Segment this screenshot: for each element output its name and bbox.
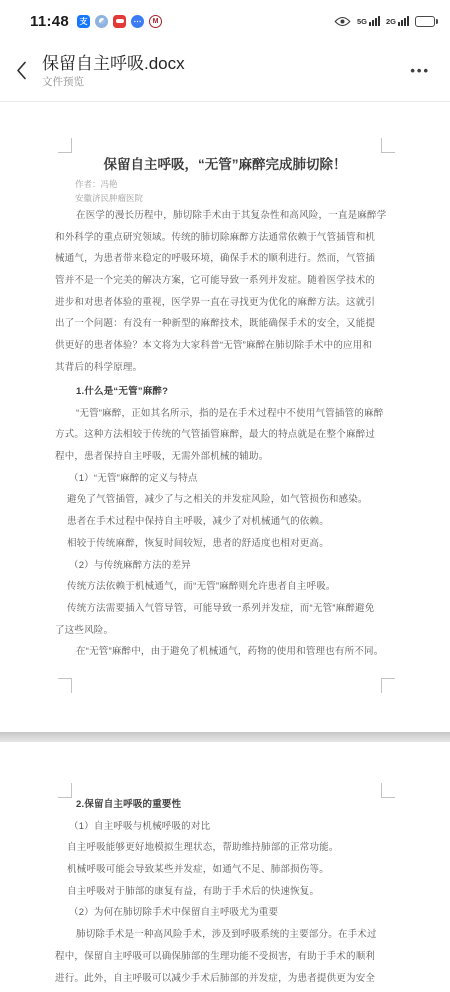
- doc-line: 程中，保留自主呼吸可以确保肺部的生理功能不受损害，有助于手术的顺利: [55, 946, 395, 968]
- doc-line: 2.保留自主呼吸的重要性: [55, 794, 395, 816]
- margin-corner-mark: [381, 783, 395, 798]
- doc-line: 相较于传统麻醉，恢复时间较短，患者的舒适度也相对更高。: [55, 533, 395, 555]
- sim1-signal-bars: [369, 16, 380, 26]
- doc-line: （2）为何在肺切除手术中保留自主呼吸尤为重要: [55, 902, 395, 924]
- more-options-button[interactable]: •••: [390, 56, 450, 86]
- phone-screen: 11:48 支⋯M 5G 2G: [0, 0, 450, 992]
- doc-line: 患者在手术过程中保持自主呼吸，减少了对机械通气的依赖。: [55, 511, 395, 533]
- header-titles: 保留自主呼吸.docx 文件预览: [42, 53, 185, 89]
- margin-corner-mark: [381, 138, 395, 153]
- doc-hospital: 安徽济民肿瘤医院: [55, 191, 395, 205]
- sim1-signal: 5G: [357, 16, 380, 26]
- doc-line: 进步和对患者体验的重视，医学界一直在寻找更为优化的麻醉方法。这就引: [55, 292, 395, 314]
- cmb-bank-icon: M: [149, 15, 162, 28]
- doc-line: 传统方法依赖于机械通气，而“无管”麻醉则允许患者自主呼吸。: [55, 576, 395, 598]
- notification-app-icons: 支⋯M: [77, 15, 162, 28]
- back-button[interactable]: [0, 40, 42, 101]
- doc-line: 供更好的患者体验？本文将为大家科普“无管”麻醉在肺切除手术中的应用和: [55, 335, 395, 357]
- page-1-body: 在医学的漫长历程中，肺切除手术由于其复杂性和高风险，一直是麻醉学和外科学的重点研…: [55, 205, 395, 663]
- app-header: 保留自主呼吸.docx 文件预览 •••: [0, 40, 450, 102]
- doc-line: （1）“无管”麻醉的定义与特点: [55, 468, 395, 490]
- doc-line: 其背后的科学原理。: [55, 357, 395, 379]
- doc-line: 避免了气管插管，减少了与之相关的并发症风险，如气管损伤和感染。: [55, 489, 395, 511]
- margin-corner-mark: [58, 783, 72, 798]
- file-preview-label: 文件预览: [42, 76, 185, 89]
- doc-line: 肺切除手术是一种高风险手术，涉及到呼吸系统的主要部分。在手术过: [55, 924, 395, 946]
- doc-line: 在“无管”麻醉中，由于避免了机械通气，药物的使用和管理也有所不同。: [55, 641, 395, 663]
- doc-line: 机械呼吸可能会导致某些并发症，如通气不足、肺部损伤等。: [55, 859, 395, 881]
- battery-icon: [415, 16, 438, 27]
- sim1-network-type: 5G: [357, 17, 367, 26]
- alipay-icon: 支: [77, 15, 90, 28]
- page-gap: [0, 732, 450, 742]
- doc-line: 传统方法需要插入气管导管，可能导致一系列并发症，而“无管”麻醉避免: [55, 598, 395, 620]
- clock: 11:48: [30, 13, 69, 30]
- doc-line: 自主呼吸对于肺部的康复有益，有助于手术后的快速恢复。: [55, 881, 395, 903]
- sim2-signal: 2G: [386, 16, 409, 26]
- page-2-body: 2.保留自主呼吸的重要性（1）自主呼吸与机械呼吸的对比自主呼吸能够更好地模拟生理…: [55, 794, 395, 989]
- status-indicators: 5G 2G: [334, 16, 438, 27]
- doc-line: 和外科学的重点研究领域。传统的肺切除麻醉方法通常依赖于气管插管和机: [55, 227, 395, 249]
- status-bar: 11:48 支⋯M 5G 2G: [0, 0, 450, 40]
- doc-line: 械通气，为患者带来稳定的呼吸环境，确保手术的顺利进行。然而，气管插: [55, 248, 395, 270]
- doc-line: （2）与传统麻醉方法的差异: [55, 555, 395, 577]
- doc-line: 1.什么是“无管”麻醉?: [55, 381, 395, 403]
- sim2-network-type: 2G: [386, 17, 396, 26]
- margin-corner-mark: [381, 678, 395, 693]
- doc-line: 自主呼吸能够更好地模拟生理状态，帮助维持肺部的正常功能。: [55, 837, 395, 859]
- doc-title: 保留自主呼吸，“无管”麻醉完成肺切除！: [55, 153, 395, 177]
- doc-line: 程中，患者保持自主呼吸，无需外部机械的辅助。: [55, 446, 395, 468]
- doc-line: “无管”麻醉，正如其名所示，指的是在手术过程中不使用气管插管的麻醉: [55, 403, 395, 425]
- doc-line: 管并不是一个完美的解决方案，它可能导致一系列并发症。随着医学技术的: [55, 270, 395, 292]
- messenger-icon: ⋯: [131, 15, 144, 28]
- doc-line: 在医学的漫长历程中，肺切除手术由于其复杂性和高风险，一直是麻醉学: [55, 205, 395, 227]
- doc-line: 了这些风险。: [55, 620, 395, 642]
- doc-line: 出了一个问题：有没有一种新型的麻醉技术，既能确保手术的安全，又能提: [55, 313, 395, 335]
- doc-line: 方式。这种方法相较于传统的气管插管麻醉，最大的特点就是在整个麻醉过: [55, 424, 395, 446]
- doc-author: 作者：冯艳: [55, 177, 395, 191]
- eye-protection-icon: [334, 16, 351, 27]
- browser-icon: [95, 15, 108, 28]
- margin-corner-mark: [58, 138, 72, 153]
- doc-line: 进行。此外，自主呼吸可以减少手术后肺部的并发症，为患者提供更为安全: [55, 968, 395, 990]
- margin-corner-mark: [58, 678, 72, 693]
- doc-line: （1）自主呼吸与机械呼吸的对比: [55, 816, 395, 838]
- bank-app-icon: [113, 15, 126, 28]
- file-title: 保留自主呼吸.docx: [42, 53, 185, 74]
- page-1: 保留自主呼吸，“无管”麻醉完成肺切除！ 作者：冯艳 安徽济民肿瘤医院 在医学的漫…: [0, 102, 450, 732]
- sim2-signal-bars: [398, 16, 409, 26]
- page-2: 2.保留自主呼吸的重要性（1）自主呼吸与机械呼吸的对比自主呼吸能够更好地模拟生理…: [0, 742, 450, 992]
- document-viewer[interactable]: 保留自主呼吸，“无管”麻醉完成肺切除！ 作者：冯艳 安徽济民肿瘤医院 在医学的漫…: [0, 102, 450, 992]
